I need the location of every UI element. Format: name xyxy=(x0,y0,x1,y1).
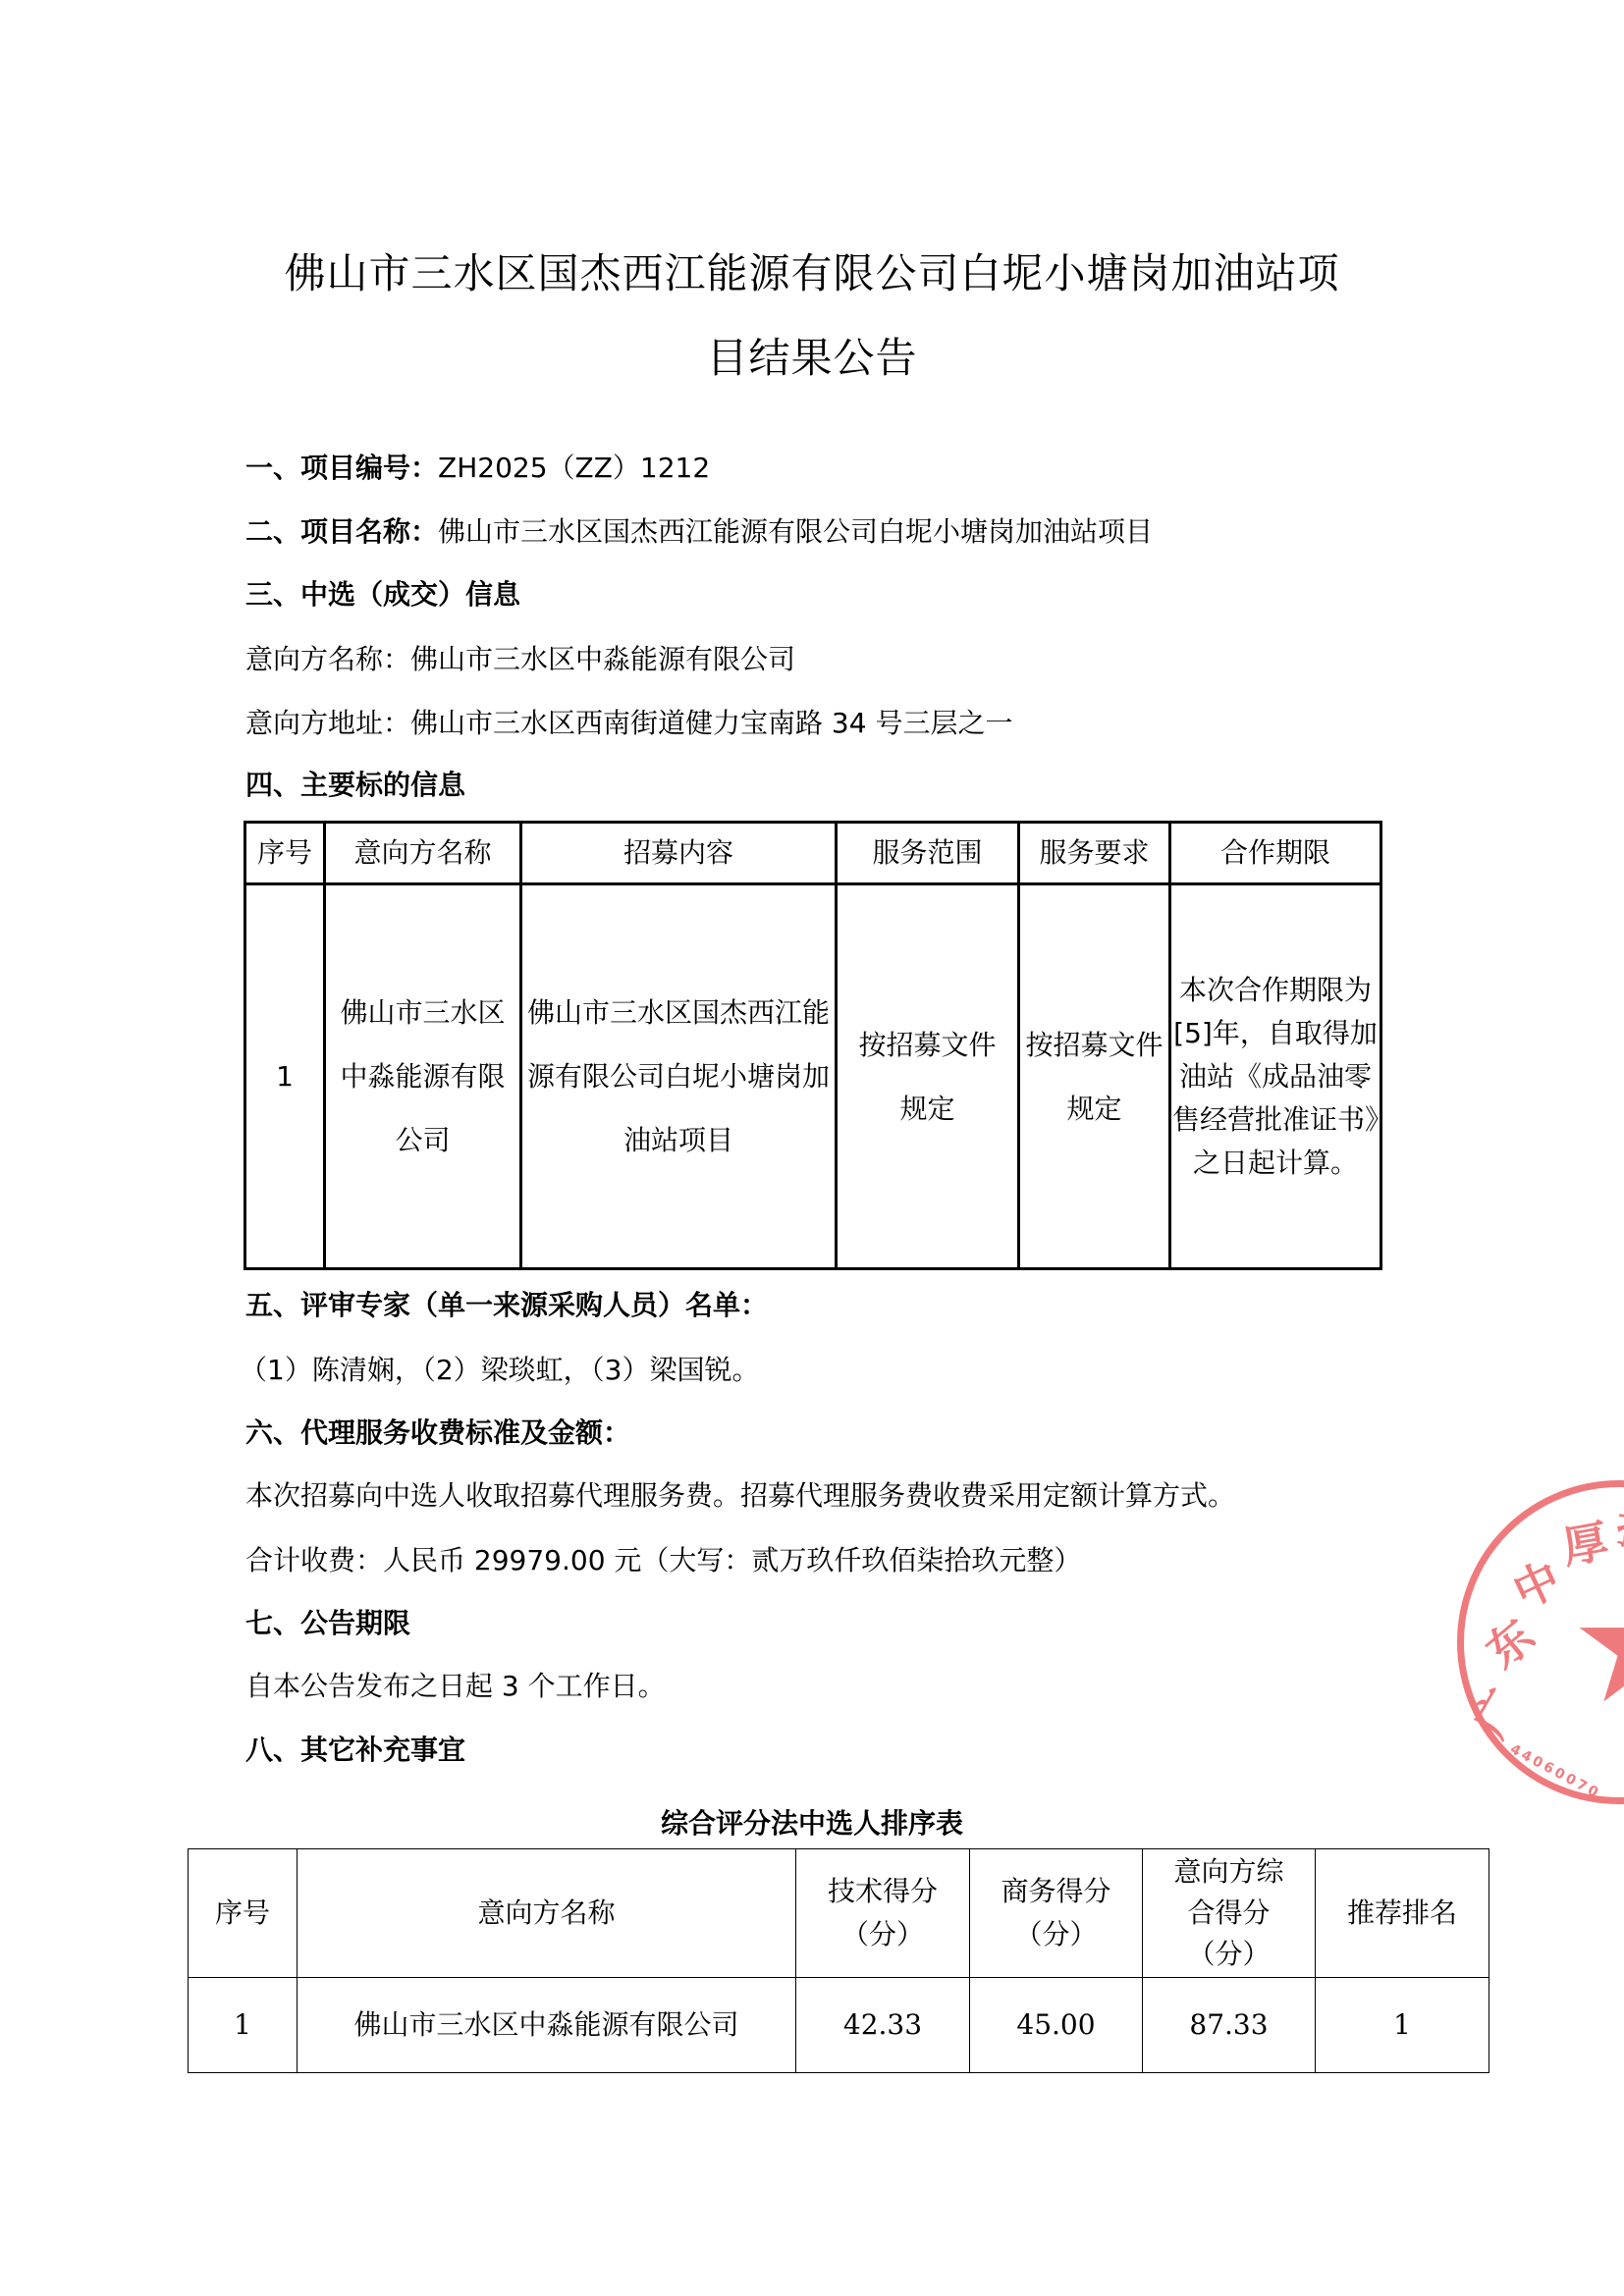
cell-requirement: 按招募文件规定 xyxy=(1019,884,1170,1269)
stamp-char: 招 xyxy=(1614,1491,1624,1560)
official-stamp: 广 东 中 厚 招 44060070 xyxy=(1457,1480,1624,1804)
stamp-char: 厚 xyxy=(1557,1506,1613,1577)
cell-scope-text: 按招募文件规定 xyxy=(838,1013,1017,1141)
ranking-table: 序号 意向方名称 技术得分（分） 商务得分（分） 意向方综合得分（分） 推荐排名… xyxy=(188,1848,1489,2073)
cell-content-text: 佛山市三水区国杰西江能源有限公司白坭小塘岗加油站项目 xyxy=(522,981,835,1172)
header-cell: 意向方综合得分（分） xyxy=(1143,1849,1316,1978)
project-name-value: 佛山市三水区国杰西江能源有限公司白坭小塘岗加油站项目 xyxy=(438,515,1153,548)
cell-content: 佛山市三水区国杰西江能源有限公司白坭小塘岗加油站项目 xyxy=(521,884,837,1269)
intended-party-address-value: 佛山市三水区西南街道健力宝南路 34 号三层之一 xyxy=(410,707,1012,739)
cell-name: 佛山市三水区中淼能源有限公司 xyxy=(325,884,521,1269)
cell-term-text: 本次合作期限为[5]年，自取得加油站《成品油零售经营批准证书》之日起计算。 xyxy=(1171,969,1380,1185)
stamp-char: 广 xyxy=(1455,1677,1534,1748)
intended-party-address-label: 意向方地址： xyxy=(245,707,410,739)
subject-info-table: 序号 意向方名称 招募内容 服务范围 服务要求 合作期限 1 佛山市三水区中淼能… xyxy=(244,821,1382,1270)
star-icon xyxy=(1577,1580,1624,1708)
header-cell: 商务得分（分） xyxy=(970,1849,1143,1978)
table-header-row: 序号 意向方名称 技术得分（分） 商务得分（分） 意向方综合得分（分） 推荐排名 xyxy=(189,1849,1489,1978)
cell-tech-score: 42.33 xyxy=(796,1978,970,2073)
header-cell: 招募内容 xyxy=(521,823,837,884)
table-row: 1 佛山市三水区中淼能源有限公司 42.33 45.00 87.33 1 xyxy=(189,1978,1489,2073)
stamp-number: 44060070 xyxy=(1507,1741,1603,1802)
header-cell: 意向方名称 xyxy=(325,823,521,884)
section-project-number: 一、项目编号：ZH2025（ZZ）1212 xyxy=(245,449,710,488)
intended-party-name-label: 意向方名称： xyxy=(245,643,410,675)
project-number-value: ZH2025（ZZ）1212 xyxy=(438,452,710,484)
header-cell-text: 技术得分（分） xyxy=(796,1870,969,1956)
header-cell: 技术得分（分） xyxy=(796,1849,970,1978)
cell-term: 本次合作期限为[5]年，自取得加油站《成品油零售经营批准证书》之日起计算。 xyxy=(1170,884,1381,1269)
section-heading-other-matters: 八、其它补充事宜 xyxy=(245,1731,465,1770)
document-title-line2: 目结果公告 xyxy=(0,329,1624,388)
header-cell-text: 意向方综合得分（分） xyxy=(1143,1851,1315,1975)
cell-no: 1 xyxy=(189,1978,298,2073)
section-heading-notice-period: 七、公告期限 xyxy=(245,1604,410,1643)
project-name-label: 二、项目名称： xyxy=(245,515,438,548)
cell-business-score: 45.00 xyxy=(970,1978,1143,2073)
project-number-label: 一、项目编号： xyxy=(245,452,438,484)
section-heading-experts: 五、评审专家（单一来源采购人员）名单： xyxy=(245,1286,768,1325)
section-heading-agency-fee: 六、代理服务收费标准及金额： xyxy=(245,1414,630,1453)
cell-rank: 1 xyxy=(1316,1978,1489,2073)
cell-name: 佛山市三水区中淼能源有限公司 xyxy=(298,1978,796,2073)
table-row: 1 佛山市三水区中淼能源有限公司 佛山市三水区国杰西江能源有限公司白坭小塘岗加油… xyxy=(245,884,1381,1269)
cell-no: 1 xyxy=(245,884,325,1269)
header-cell: 合作期限 xyxy=(1170,823,1381,884)
table-header-row: 序号 意向方名称 招募内容 服务范围 服务要求 合作期限 xyxy=(245,823,1381,884)
header-cell: 服务要求 xyxy=(1019,823,1170,884)
cell-scope: 按招募文件规定 xyxy=(837,884,1019,1269)
header-cell: 意向方名称 xyxy=(298,1849,796,1978)
intended-party-address-row: 意向方地址：佛山市三水区西南街道健力宝南路 34 号三层之一 xyxy=(245,704,1012,743)
agency-fee-description: 本次招募向中选人收取招募代理服务费。招募代理服务费收费采用定额计算方式。 xyxy=(245,1476,1235,1516)
cell-name-text: 佛山市三水区中淼能源有限公司 xyxy=(326,981,519,1172)
header-cell: 序号 xyxy=(245,823,325,884)
header-cell: 序号 xyxy=(189,1849,298,1978)
intended-party-name-row: 意向方名称：佛山市三水区中淼能源有限公司 xyxy=(245,640,795,679)
experts-list: （1）陈清娴，（2）梁琰虹，（3）梁国锐。 xyxy=(240,1351,759,1390)
header-cell-text: 商务得分（分） xyxy=(970,1870,1142,1956)
notice-period-value: 自本公告发布之日起 3 个工作日。 xyxy=(245,1667,666,1706)
cell-requirement-text: 按招募文件规定 xyxy=(1020,1013,1168,1141)
intended-party-name-value: 佛山市三水区中淼能源有限公司 xyxy=(410,643,795,675)
section-heading-selection-info: 三、中选（成交）信息 xyxy=(245,575,520,614)
header-cell: 推荐排名 xyxy=(1316,1849,1489,1978)
section-project-name: 二、项目名称：佛山市三水区国杰西江能源有限公司白坭小塘岗加油站项目 xyxy=(245,512,1153,552)
ranking-table-title: 综合评分法中选人排序表 xyxy=(0,1804,1624,1843)
cell-total-score: 87.33 xyxy=(1143,1978,1316,2073)
section-heading-subject-info: 四、主要标的信息 xyxy=(245,766,465,805)
document-title-line1: 佛山市三水区国杰西江能源有限公司白坭小塘岗加油站项 xyxy=(0,244,1624,303)
agency-fee-total: 合计收费：人民币 29979.00 元（大写：贰万玖仟玖佰柒拾玖元整） xyxy=(245,1541,1081,1580)
header-cell: 服务范围 xyxy=(837,823,1019,884)
